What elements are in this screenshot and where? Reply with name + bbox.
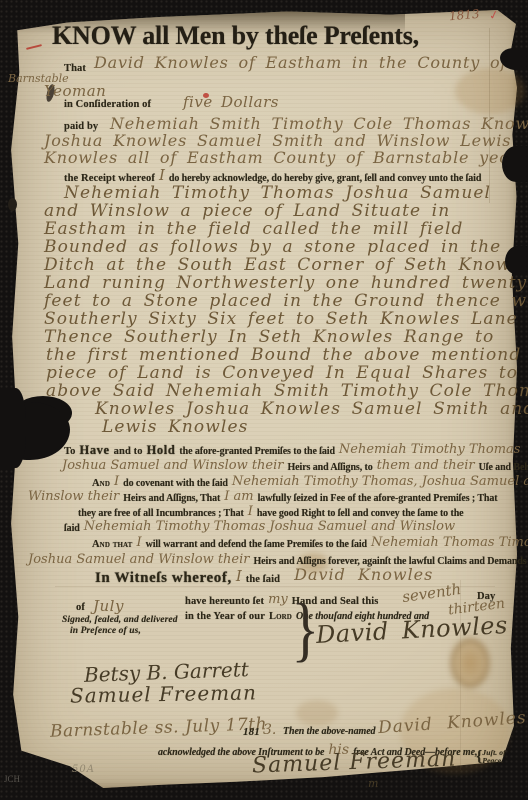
h1-post: the afore-granted Premiſes to the ſaid: [179, 446, 335, 457]
h2-hand: Joshua Samuel and Winslow their: [62, 458, 284, 473]
property-line-5: Ditch at the South East Corner of Seth K…: [44, 255, 528, 275]
h1-have-blackletter: Have: [80, 443, 110, 457]
justice-title-block: { Juſt. of Peace.: [476, 748, 506, 766]
occupation-hand: Yeoman: [44, 82, 106, 100]
year-pre: in the Year of our: [185, 611, 265, 622]
witness-pronoun-hand: I: [236, 567, 242, 585]
signed-sealed-line-2: in Preſence of us,: [70, 626, 141, 636]
in-witness-blackletter: In Witneſs whereof,: [95, 570, 232, 586]
habendum-line-7: And that I will warrant and defend the ſ…: [92, 534, 528, 552]
ack-place-date-hand: Barnstable ss. July 17th: [50, 714, 268, 742]
property-line-13: Knowles Joshua Knowles Samuel Smith and …: [95, 399, 528, 419]
property-line-1: Nehemiah Timothy Thomas Joshua Samuel: [64, 183, 491, 203]
h1-mid: and to: [114, 446, 143, 457]
h1-hold-blackletter: Hold: [147, 443, 176, 457]
receipt-pronoun-hand: I: [159, 166, 165, 184]
h7-pre: And that: [92, 539, 132, 550]
right-edge-notch-lower: [505, 246, 528, 274]
h6-hand: Nehemiah Timothy Thomas Joshua Samuel an…: [84, 519, 455, 534]
year-annotation: 1813: [448, 7, 480, 24]
property-line-8: Southerly Sixty Six feet to Seth Knowles…: [44, 309, 518, 329]
property-line-9: Thence Southerly In Seth Knowles Range t…: [44, 327, 494, 347]
justice-signature-flourish: m: [368, 777, 378, 790]
h4-hand: Winslow their: [28, 489, 119, 504]
the-said-label: the ſaid: [246, 574, 280, 585]
paper-hole-edge-strip: [0, 388, 26, 468]
ack-year-printed: 181: [243, 726, 260, 738]
property-line-10: the first mentioned Bound the above ment…: [46, 345, 521, 365]
h2-mid: Heirs and Aſſigns, to: [288, 462, 373, 473]
month-hand: July: [93, 597, 124, 615]
property-line-2: and Winslow a piece of Land Situate in: [44, 201, 450, 221]
h2-post: Uſe and Behoof forever.: [479, 462, 528, 473]
h7-mid: will warrant and defend the ſame Premiſe…: [146, 539, 367, 550]
property-line-12: above Said Nehemiah Smith Timothy Cole T…: [46, 381, 528, 401]
h1-to: To: [64, 446, 76, 457]
grantor-line: That David Knowles of Eastham in the Cou…: [64, 56, 503, 76]
ack-year-hand: 3.: [263, 722, 276, 738]
h2-hand2: them and their: [377, 458, 475, 473]
grantor-name-hand: David Knowles of Eastham in the County o…: [94, 53, 507, 72]
property-line-11: piece of Land is Conveyed In Equal Share…: [46, 363, 528, 383]
check-mark: ✓: [488, 7, 501, 24]
red-dash-mark: [26, 44, 42, 50]
witness-clause-line: In Witneſs whereof, I the ſaid David Kno…: [95, 567, 433, 587]
deed-content: 1813 ✓ KNOW all Men by theſe Preſents, T…: [0, 0, 528, 800]
h8-hand: Joshua Samuel and Winslow their: [28, 552, 250, 567]
corner-pencil-mark: JCH: [4, 774, 20, 784]
property-line-4: Bounded as follows by a stone placed in …: [44, 237, 501, 257]
h3-hand2: Nehemiah Timothy Thomas, Joshua Samuel a…: [232, 474, 528, 489]
property-line-14: Lewis Knowles: [102, 417, 248, 437]
h7-hand2: Nehemiah Thomas Timothy: [371, 535, 528, 550]
consideration-hand: five Dollars: [183, 93, 279, 111]
signed-sealed-line-1: Signed, ſealed, and delivered: [62, 615, 178, 625]
photo-background: 1813 ✓ KNOW all Men by theſe Preſents, T…: [0, 0, 528, 800]
h5-hand: I: [248, 504, 253, 519]
paid-by-hand-3: Knowles all of Eastham County of Barnsta…: [44, 148, 528, 167]
ack-named-hand: David Knowles: [377, 708, 527, 738]
of-label: of: [76, 602, 85, 613]
h4-hand2: I am: [224, 489, 253, 504]
h7-hand: I: [136, 535, 141, 550]
witness-signature-2: Samuel Freeman: [70, 680, 257, 707]
grantor-name-hand-2: David Knowles: [294, 565, 433, 584]
justice-title-line-2: Peace.: [482, 757, 505, 765]
property-line-3: Eastham in the field called the mill fie…: [44, 219, 464, 239]
h6-pre: ſaid: [64, 523, 80, 534]
right-edge-notch-top: [500, 48, 528, 70]
set-my-hand: my: [268, 592, 288, 607]
property-line-6: Land runing Northwesterly one hundred tw…: [44, 273, 527, 293]
ack-then-named: Then the above-named: [283, 726, 375, 737]
pencil-mark: 50A: [72, 764, 95, 775]
lord-label: Lord: [269, 611, 292, 622]
deed-title: KNOW all Men by theſe Preſents,: [52, 21, 419, 51]
h3-hand: I: [114, 474, 119, 489]
property-line-7: feet to a Stone placed in the Ground the…: [44, 291, 528, 311]
right-edge-notch-mid: [502, 146, 528, 182]
h1-hand: Nehemiah Timothy Thomas: [339, 442, 521, 457]
consideration-label: in Conſideration of: [64, 99, 151, 110]
